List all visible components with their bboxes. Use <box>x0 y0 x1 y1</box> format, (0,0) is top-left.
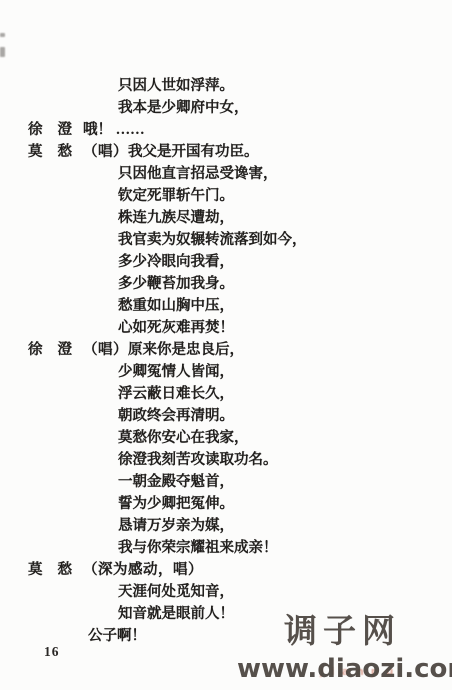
dialogue-text: 公子啊！ <box>88 625 146 647</box>
line-text: 天涯何处觅知音， <box>118 584 234 600</box>
script-line: 钦定死罪斩午门。 <box>0 185 452 207</box>
line-text: 只因人世如浮萍。 <box>118 78 234 94</box>
stage-direction: （唱） <box>83 342 128 358</box>
line-text: 钦定死罪斩午门。 <box>118 188 234 204</box>
verse-line: 天涯何处觅知音， <box>118 581 234 603</box>
script-line: 莫愁你安心在我家， <box>0 427 452 449</box>
line-text: 只因他直言招忌受谗害， <box>118 166 278 182</box>
verse-line: 只因人世如浮萍。 <box>118 75 234 97</box>
line-text: 原来你是忠良后， <box>128 342 244 358</box>
stage-direction: （深为感动，唱） <box>83 562 203 578</box>
script-line: 徐澄我刻苦攻读取功名。 <box>0 449 452 471</box>
line-text: 公子啊！ <box>88 628 146 644</box>
script-line: 我官卖为奴辗转流落到如今， <box>0 229 452 251</box>
line-text: 浮云蔽日难长久， <box>118 386 234 402</box>
script-line: 我本是少卿府中女， <box>0 97 452 119</box>
line-text: 少卿冤情人皆闻， <box>118 364 234 380</box>
line-text: 我官卖为奴辗转流落到如今， <box>118 232 307 248</box>
line-text: 株连九族尽遭劫， <box>118 210 234 226</box>
verse-line: 少卿冤情人皆闻， <box>118 361 234 383</box>
script-line: 愁重如山胸中压， <box>0 295 452 317</box>
script-line: 徐澄哦！ …… <box>0 119 452 141</box>
script-line: 多少冷眼向我看， <box>0 251 452 273</box>
scan-speck <box>0 47 5 57</box>
line-text: 一朝金殿夺魁首， <box>118 474 234 490</box>
script-line: 天涯何处觅知音， <box>0 581 452 603</box>
verse-line: 誓为少卿把冤伸。 <box>118 493 234 515</box>
script-line: 莫愁（唱）我父是开国有功臣。 <box>0 141 452 163</box>
verse-line: 浮云蔽日难长久， <box>118 383 234 405</box>
stage-direction: （唱） <box>83 144 128 160</box>
dialogue-text: （深为感动，唱） <box>83 559 203 581</box>
watermark-site-name: 调子网 <box>284 613 401 649</box>
verse-line: 株连九族尽遭劫， <box>118 207 234 229</box>
verse-line: 一朝金殿夺魁首， <box>118 471 234 493</box>
verse-line: 我本是少卿府中女， <box>118 97 249 119</box>
dialogue-text: （唱）原来你是忠良后， <box>83 339 244 361</box>
line-text: 愁重如山胸中压， <box>118 298 234 314</box>
line-text: 心如死灰难再焚！ <box>118 320 234 336</box>
speaker-name: 莫愁 <box>28 141 87 163</box>
script-line: 朝政终会再清明。 <box>0 405 452 427</box>
line-text: 我本是少卿府中女， <box>118 100 249 116</box>
line-text: 誓为少卿把冤伸。 <box>118 496 234 512</box>
verse-line: 愁重如山胸中压， <box>118 295 234 317</box>
line-text: 哦！ …… <box>83 122 145 138</box>
verse-line: 多少冷眼向我看， <box>118 251 234 273</box>
script-line: 徐澄（唱）原来你是忠良后， <box>0 339 452 361</box>
script-line: 我与你荣宗耀祖来成亲！ <box>0 537 452 559</box>
scan-speck <box>0 33 5 37</box>
line-text: 多少冷眼向我看， <box>118 254 234 270</box>
speaker-name: 徐澄 <box>28 339 87 361</box>
line-text: 朝政终会再清明。 <box>118 408 234 424</box>
script-line: 只因人世如浮萍。 <box>0 75 452 97</box>
script-line: 浮云蔽日难长久， <box>0 383 452 405</box>
verse-line: 只因他直言招忌受谗害， <box>118 163 278 185</box>
verse-line: 钦定死罪斩午门。 <box>118 185 234 207</box>
script-line: 只因他直言招忌受谗害， <box>0 163 452 185</box>
speaker-name: 徐澄 <box>28 119 87 141</box>
script-line: 株连九族尽遭劫， <box>0 207 452 229</box>
book-page: 只因人世如浮萍。我本是少卿府中女，徐澄哦！ ……莫愁（唱）我父是开国有功臣。只因… <box>0 0 452 690</box>
speaker-name: 莫愁 <box>28 559 87 581</box>
line-text: 徐澄我刻苦攻读取功名。 <box>118 452 278 468</box>
watermark-site-url: www.diaozi.com <box>237 655 452 683</box>
verse-line: 莫愁你安心在我家， <box>118 427 249 449</box>
verse-line: 徐澄我刻苦攻读取功名。 <box>118 449 278 471</box>
verse-line: 多少鞭苔加我身。 <box>118 273 234 295</box>
verse-line: 我官卖为奴辗转流落到如今， <box>118 229 307 251</box>
verse-line: 知音就是眼前人！ <box>118 603 234 625</box>
script-line: 莫愁（深为感动，唱） <box>0 559 452 581</box>
script-line: 恳请万岁亲为媒， <box>0 515 452 537</box>
script-line: 一朝金殿夺魁首， <box>0 471 452 493</box>
script-line: 心如死灰难再焚！ <box>0 317 452 339</box>
verse-line: 朝政终会再清明。 <box>118 405 234 427</box>
dialogue-text: 哦！ …… <box>83 119 145 141</box>
verse-line: 我与你荣宗耀祖来成亲！ <box>118 537 278 559</box>
page-number: 16 <box>44 644 60 660</box>
line-text: 恳请万岁亲为媒， <box>118 518 234 534</box>
script-line: 多少鞭苔加我身。 <box>0 273 452 295</box>
line-text: 多少鞭苔加我身。 <box>118 276 234 292</box>
verse-line: 恳请万岁亲为媒， <box>118 515 234 537</box>
script-line: 少卿冤情人皆闻， <box>0 361 452 383</box>
dialogue-text: （唱）我父是开国有功臣。 <box>83 141 259 163</box>
line-text: 我与你荣宗耀祖来成亲！ <box>118 540 278 556</box>
verse-line: 心如死灰难再焚！ <box>118 317 234 339</box>
line-text: 我父是开国有功臣。 <box>128 144 259 160</box>
line-text: 知音就是眼前人！ <box>118 606 234 622</box>
line-text: 莫愁你安心在我家， <box>118 430 249 446</box>
script-line: 誓为少卿把冤伸。 <box>0 493 452 515</box>
